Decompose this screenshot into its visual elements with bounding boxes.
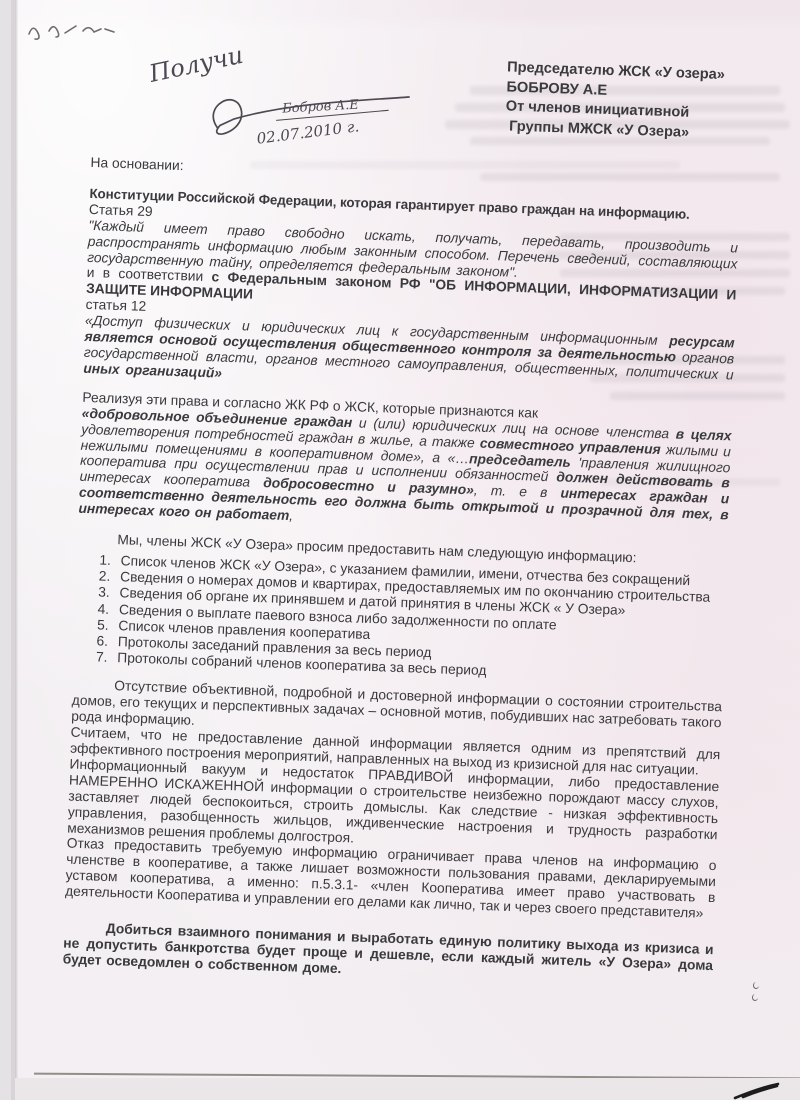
- stray-pen-mark: [753, 982, 759, 989]
- paragraph-conclusion: Добиться взаимного понимания и выработат…: [62, 920, 713, 990]
- scanner-background-strip: [15, 1078, 800, 1100]
- scanner-edge-strip: [0, 0, 15, 1100]
- stray-pen-mark: [752, 994, 758, 1001]
- handwritten-note-text: Получи: [146, 46, 246, 88]
- recipient-block: Председателю ЖСК «У озера» БОБРОВУ А.Е О…: [505, 58, 745, 144]
- letter-content: Получи Бобров А.Е 02.07.2010 г. Председа…: [62, 36, 744, 990]
- paper-edge-shadow: [15, 0, 18, 1100]
- request-list: Список членов ЖСК «У Озера», с указанием…: [73, 552, 727, 688]
- corner-pen-mark: [733, 1082, 781, 1100]
- handwritten-receipt-note: Получи Бобров А.Е 02.07.2010 г.: [139, 46, 453, 167]
- handwritten-date: 02.07.2010 г.: [256, 117, 360, 147]
- housing-code-quote: «добровольное объединение граждан и (или…: [78, 405, 731, 539]
- scanned-letter-page: Получи Бобров А.Е 02.07.2010 г. Председа…: [0, 0, 800, 1100]
